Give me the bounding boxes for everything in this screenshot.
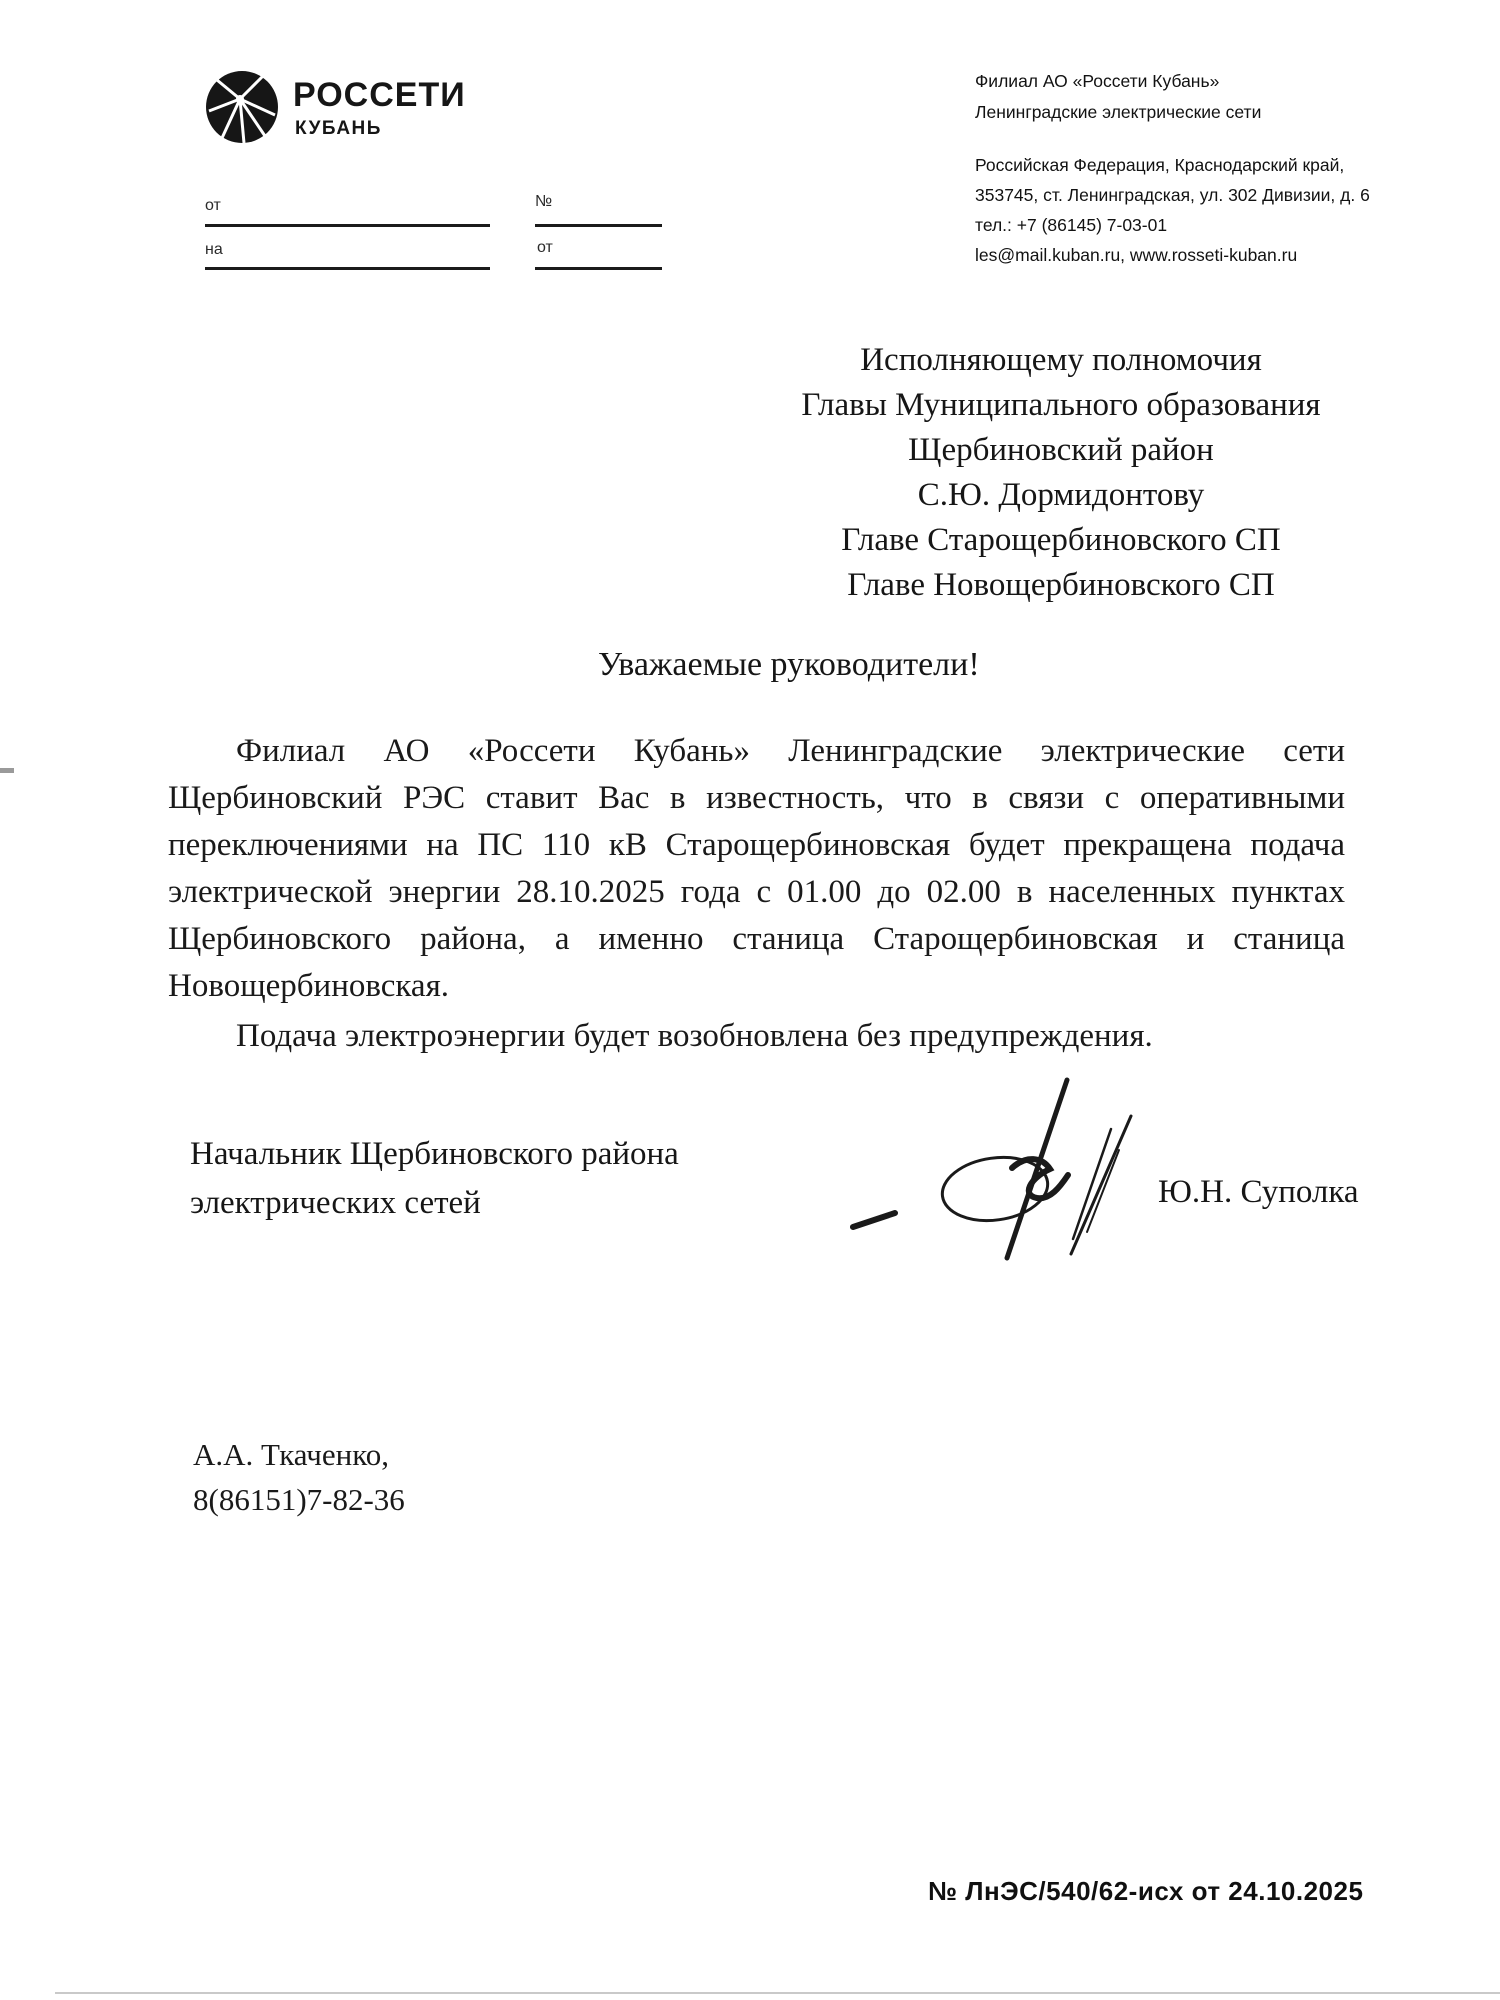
outgoing-number-line: [535, 224, 662, 227]
reply-to-line: [205, 267, 490, 270]
addressee-line: Главы Муниципального образования: [750, 383, 1372, 428]
logo-region-text: КУБАНЬ: [295, 118, 382, 140]
executor-name: А.А. Ткаченко,: [193, 1432, 405, 1477]
scan-artifact-bottom: [55, 1992, 1500, 1994]
addressee-line: Главе Старощербиновского СП: [750, 518, 1372, 563]
outgoing-number-label: №: [535, 193, 552, 211]
executor-block: А.А. Ткаченко, 8(86151)7-82-36: [193, 1432, 405, 1522]
salutation: Уважаемые руководители!: [598, 646, 980, 684]
signature-scribble: [845, 1072, 1145, 1262]
executor-phone: 8(86151)7-82-36: [193, 1477, 405, 1522]
addressee-block: Исполняющему полномочия Главы Муниципаль…: [750, 338, 1372, 608]
letter-page: РОССЕТИ КУБАНЬ Филиал АО «Россети Кубань…: [0, 0, 1500, 2000]
outgoing-date-label: от: [205, 197, 221, 215]
phone-line: тел.: +7 (86145) 7-03-01: [975, 210, 1415, 240]
email-web-line: les@mail.kuban.ru, www.rosseti-kuban.ru: [975, 240, 1415, 270]
address-line1: Российская Федерация, Краснодарский край…: [975, 150, 1415, 180]
company-name-line1: Филиал АО «Россети Кубань»: [975, 66, 1395, 97]
addressee-line: Исполняющему полномочия: [750, 338, 1372, 383]
company-address-block: Российская Федерация, Краснодарский край…: [975, 150, 1415, 270]
addressee-line: Щербиновский район: [750, 428, 1372, 473]
company-name-block: Филиал АО «Россети Кубань» Ленинградские…: [975, 66, 1395, 128]
signer-name: Ю.Н. Суполка: [1158, 1174, 1359, 1211]
rosseti-logo-icon: [205, 70, 279, 144]
addressee-line: Главе Новощербиновского СП: [750, 563, 1372, 608]
scan-artifact-left: [0, 768, 14, 773]
reply-date-label: от: [537, 239, 553, 257]
outgoing-date-line: [205, 224, 490, 227]
body-paragraph-1: Филиал АО «Россети Кубань» Ленинградские…: [168, 728, 1345, 1010]
body-paragraph-2: Подача электроэнергии будет возобновлена…: [168, 1013, 1345, 1060]
addressee-line: С.Ю. Дормидонтову: [750, 473, 1372, 518]
reply-to-label: на: [205, 241, 223, 259]
logo-brand-text: РОССЕТИ: [293, 76, 466, 115]
reply-date-line: [535, 267, 662, 270]
signer-position-line2: электрических сетей: [190, 1179, 679, 1228]
signer-position: Начальник Щербиновского района электриче…: [190, 1130, 679, 1228]
company-name-line2: Ленинградские электрические сети: [975, 97, 1395, 128]
signer-position-line1: Начальник Щербиновского района: [190, 1130, 679, 1179]
document-reference: № ЛнЭС/540/62-исх от 24.10.2025: [928, 1876, 1363, 1907]
address-line2: 353745, ст. Ленинградская, ул. 302 Дивиз…: [975, 180, 1415, 210]
